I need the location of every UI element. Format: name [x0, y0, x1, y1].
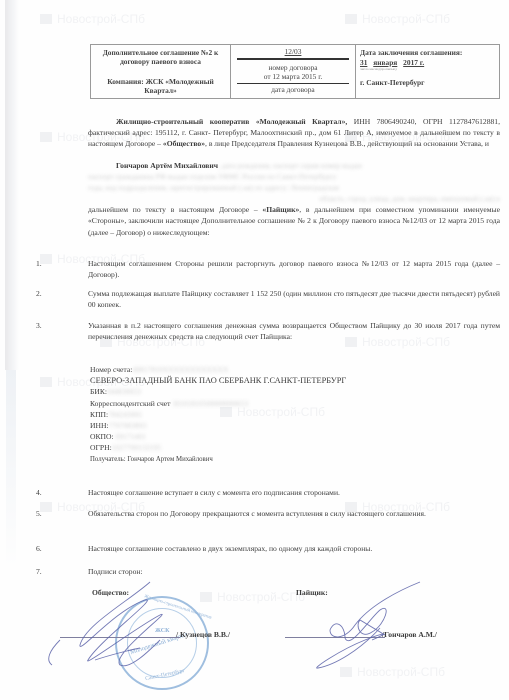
document-page: Новострой-СПбНовострой-СПбНовострой-СПбН…: [0, 0, 509, 700]
member-handwritten-signature: [0, 0, 509, 700]
